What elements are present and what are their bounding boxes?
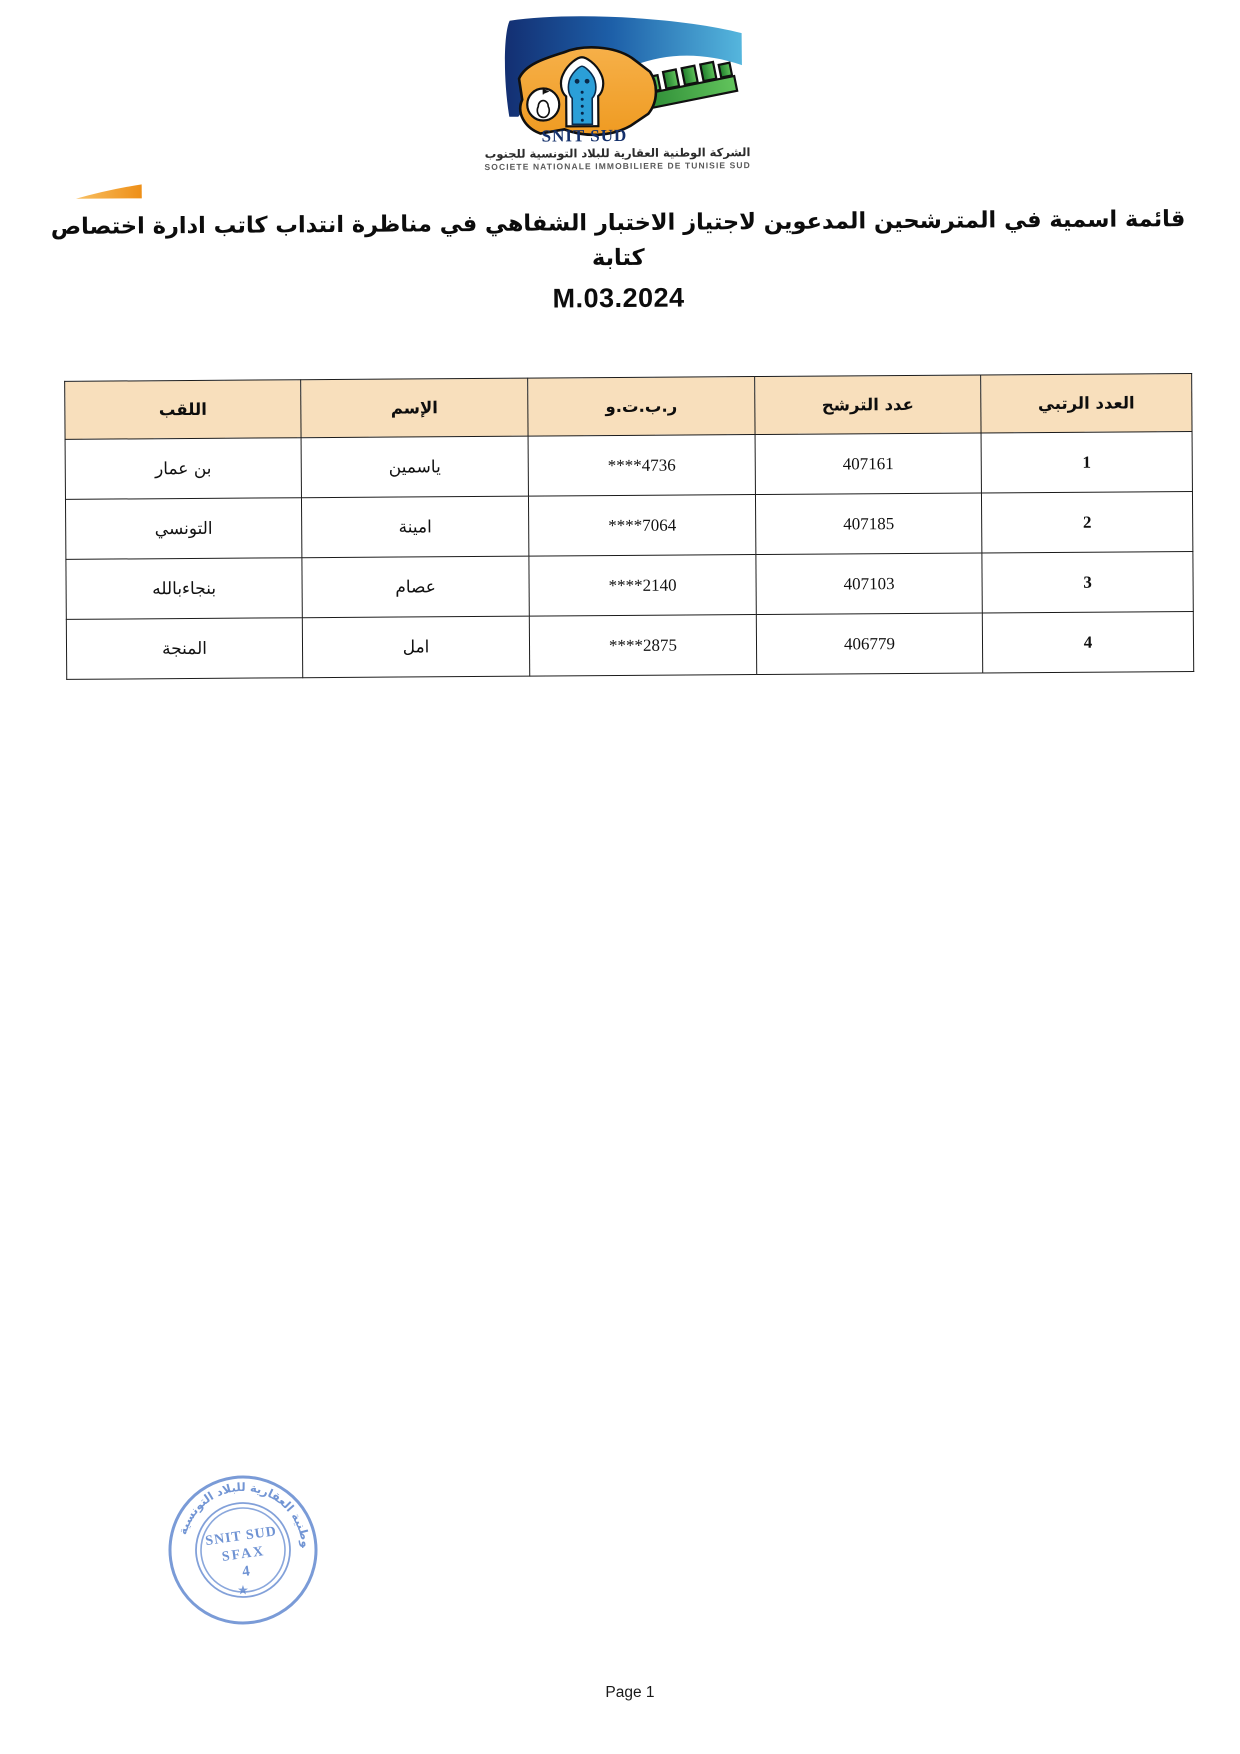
cell-last-name: بنجاءبالله (66, 558, 302, 620)
candidates-table: العدد الرتبي عدد الترشح ر.ب.ت.و الإسم ال… (64, 373, 1194, 680)
page-footer: Page 1 (0, 1684, 1240, 1702)
cell-last-name: بن عمار (65, 438, 301, 500)
header-first-name: الإسم (301, 378, 528, 438)
cell-rank: 2 (981, 492, 1192, 553)
cell-first-name: ياسمين (301, 436, 528, 498)
snit-sud-logo-icon: SNIT SUD (492, 13, 743, 145)
cell-rank: 4 (982, 612, 1193, 673)
header-last-name: اللقب (65, 380, 301, 440)
svg-text:★: ★ (237, 1583, 249, 1598)
page-number-label: Page 1 (605, 1684, 654, 1701)
cell-last-name: التونسي (65, 498, 301, 560)
stamp-ring-text-bottom: ★ (237, 1583, 249, 1598)
table-row: 1 407161 ****4736 ياسمين بن عمار (65, 432, 1192, 500)
table-row: 4 406779 ****2875 امل المنجة (66, 612, 1193, 680)
cell-first-name: عصام (302, 556, 529, 618)
cell-cin: ****2140 (529, 555, 756, 617)
official-stamp: الشركة الوطنية العقارية للبلاد التونسية … (163, 1468, 323, 1636)
logo-wordmark: SNIT SUD (542, 126, 628, 145)
cell-application-number: 407161 (755, 433, 981, 495)
cell-cin: ****7064 (528, 495, 755, 557)
cell-first-name: امينة (301, 496, 528, 558)
document-page: SNIT SUD الشركة الوطنية العقارية للبلاد … (0, 0, 1240, 1754)
table-row: 3 407103 ****2140 عصام بنجاءبالله (66, 552, 1193, 620)
table-header-row: العدد الرتبي عدد الترشح ر.ب.ت.و الإسم ال… (65, 374, 1192, 440)
cell-rank: 1 (981, 432, 1192, 493)
document-title: قائمة اسمية في المترشحين المدعوين لاجتيا… (48, 202, 1189, 324)
cell-application-number: 406779 (756, 613, 982, 675)
cell-last-name: المنجة (66, 618, 302, 680)
title-reference-number: M.03.2024 (48, 274, 1188, 324)
stamp-center-line1: SNIT SUD (204, 1524, 277, 1549)
header-cin: ر.ب.ت.و (528, 377, 755, 437)
cell-application-number: 407185 (755, 493, 981, 555)
stamp-center-line2: SFAX (221, 1544, 266, 1565)
cell-first-name: امل (302, 616, 529, 678)
cell-cin: ****2875 (529, 615, 756, 677)
stamp-seal-icon: الشركة الوطنية العقارية للبلاد التونسية … (163, 1468, 323, 1636)
header-application-number: عدد الترشح (755, 375, 981, 435)
stamp-center-line3: 4 (241, 1563, 251, 1580)
letterhead: SNIT SUD الشركة الوطنية العقارية للبلاد … (0, 10, 1238, 201)
medallion-icon (527, 88, 559, 120)
table-row: 2 407185 ****7064 امينة التونسي (65, 492, 1192, 560)
orange-accent-icon (76, 182, 142, 199)
title-line-arabic: قائمة اسمية في المترشحين المدعوين لاجتيا… (51, 206, 1186, 271)
cell-cin: ****4736 (528, 435, 755, 497)
company-logo: SNIT SUD (492, 13, 743, 145)
cell-application-number: 407103 (756, 553, 982, 615)
arch-keyhole-icon (561, 57, 604, 126)
header-rank: العدد الرتبي (981, 374, 1192, 433)
cell-rank: 3 (982, 552, 1193, 613)
